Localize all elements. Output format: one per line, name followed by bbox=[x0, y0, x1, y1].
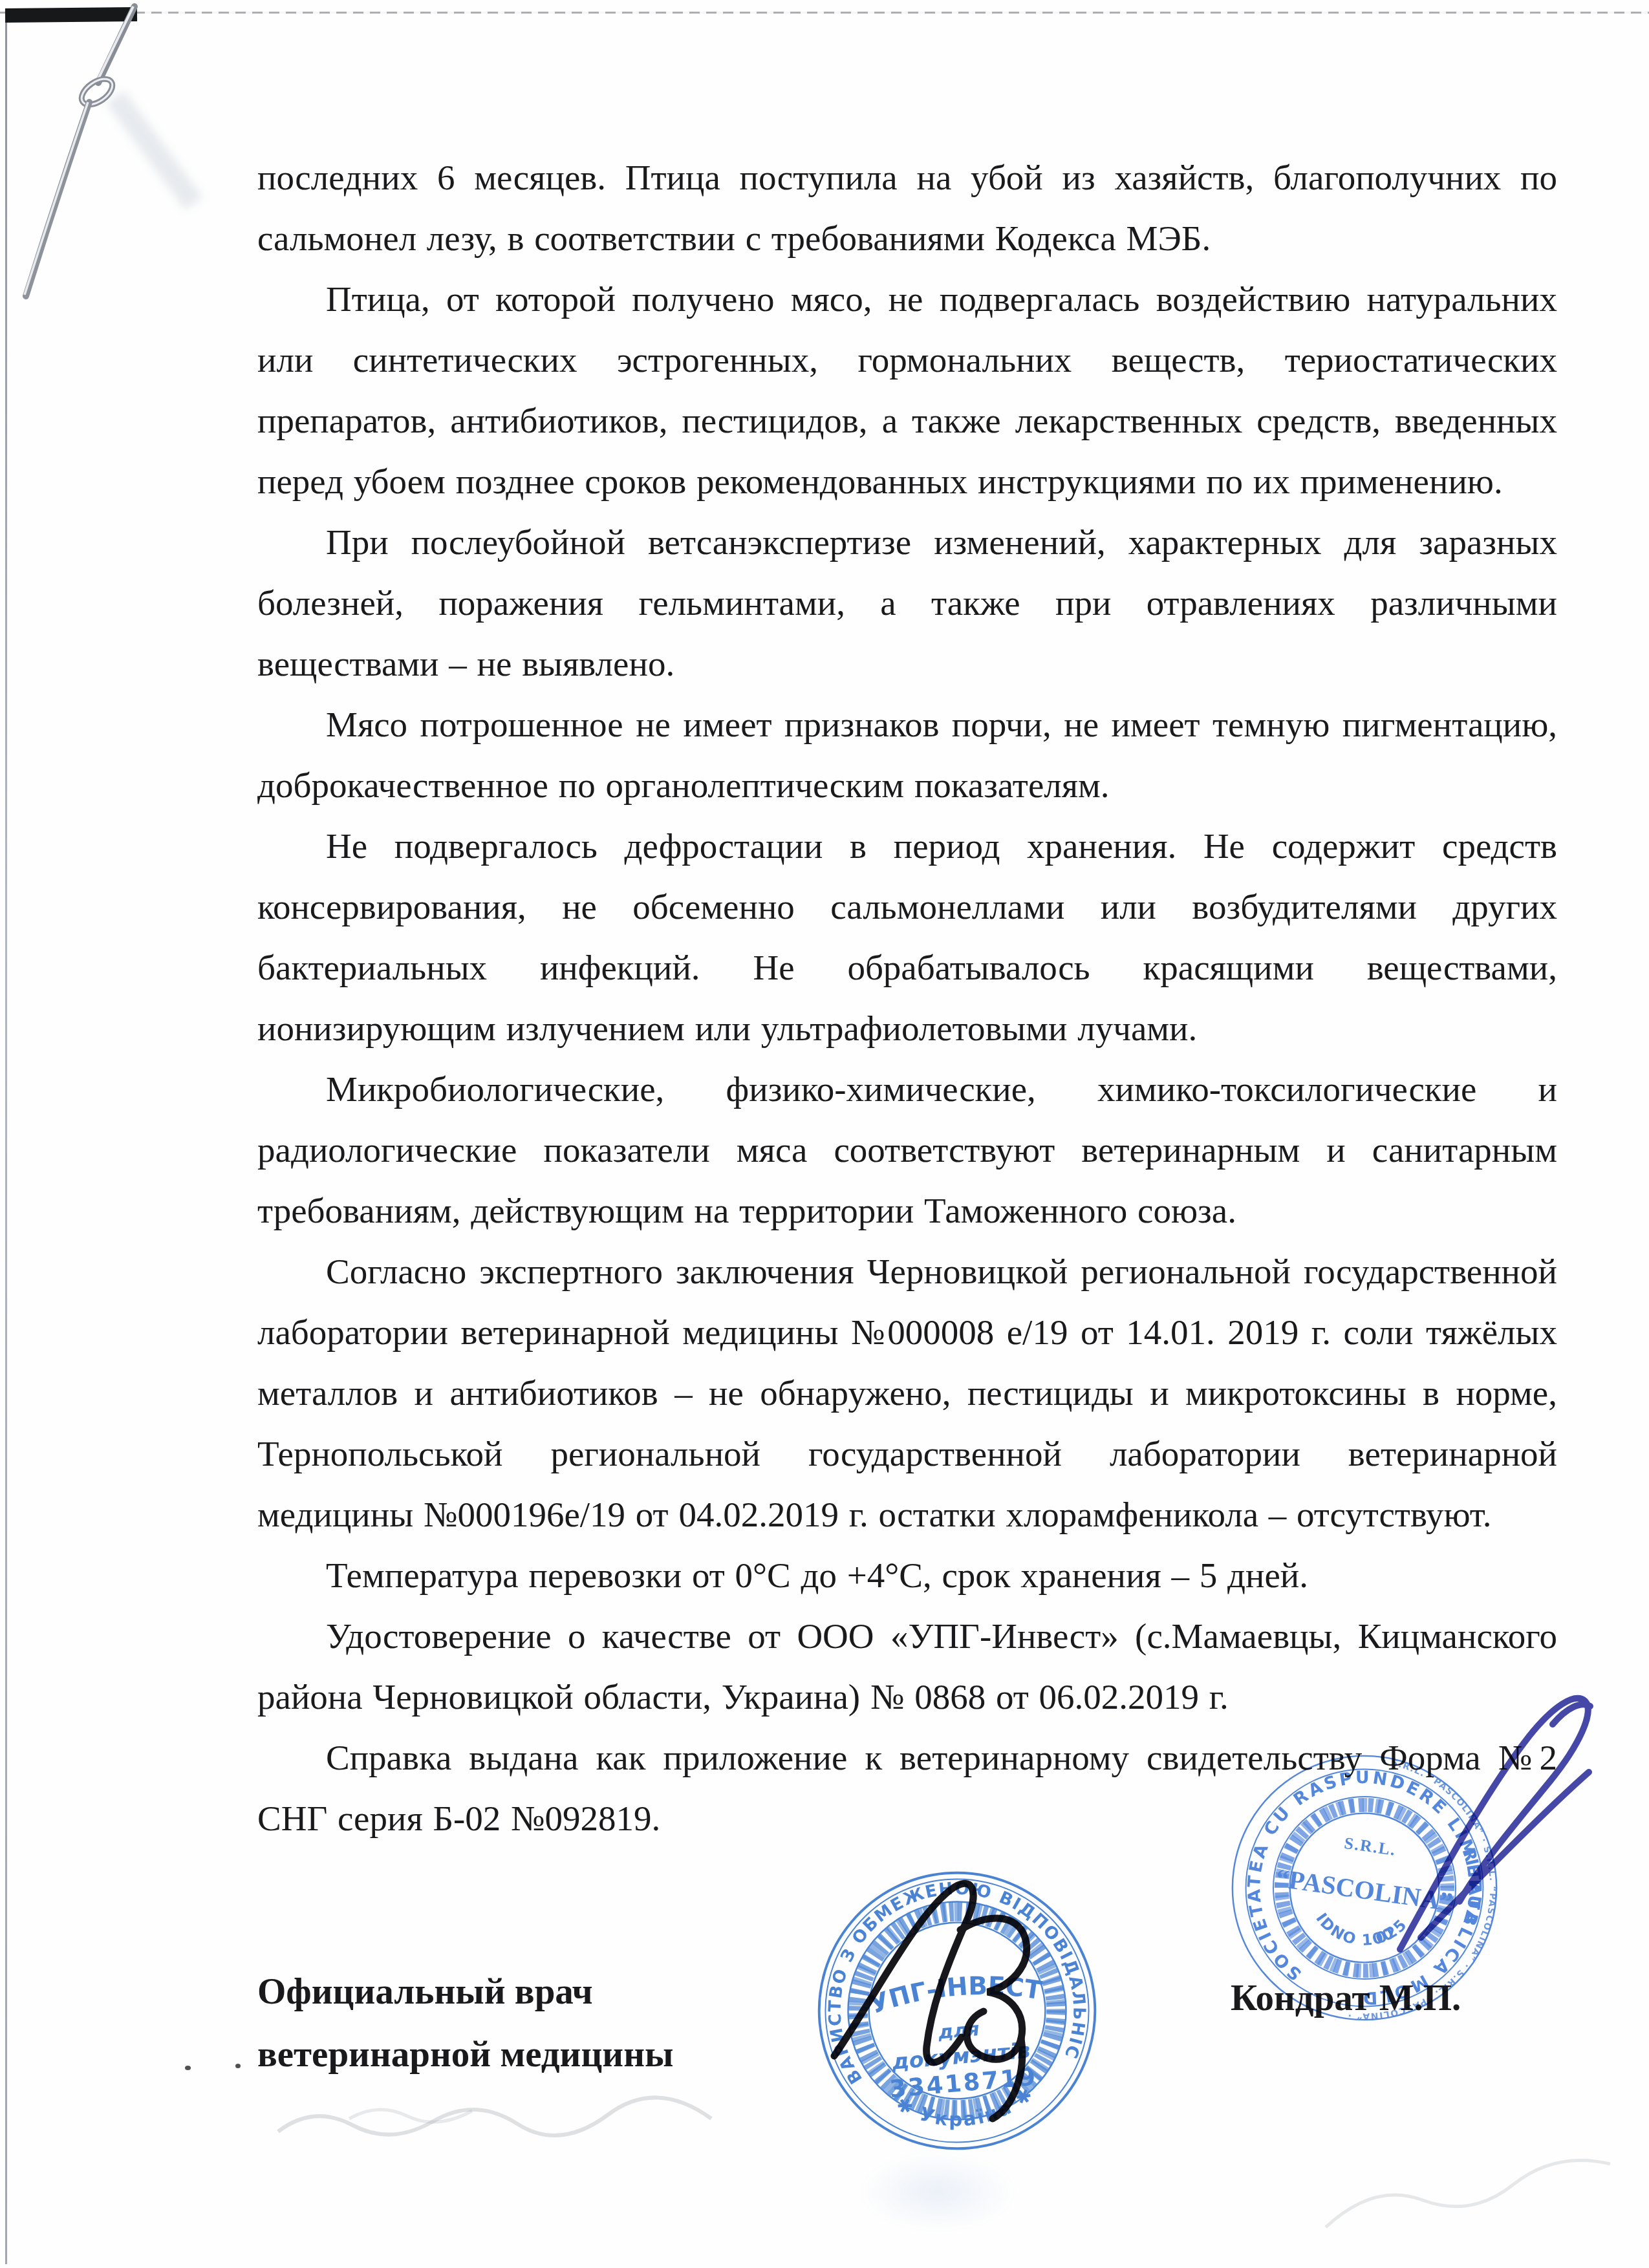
officer-title: Официальный врач ветеринарной медицины bbox=[257, 1973, 673, 2073]
scan-speck bbox=[185, 2066, 191, 2070]
officer-title-line2: ветеринарной медицины bbox=[257, 2036, 673, 2073]
paragraph: Микробиологические, физико-химические, х… bbox=[257, 1059, 1557, 1241]
scan-edge-left bbox=[5, 16, 7, 2264]
paperclip bbox=[0, 0, 220, 336]
scan-edge-top bbox=[0, 12, 1649, 14]
pencil-scribble bbox=[1313, 2146, 1623, 2243]
signature-kondrat bbox=[1193, 1645, 1607, 2007]
paragraph: Согласно экспертного заключения Черновиц… bbox=[257, 1241, 1557, 1545]
pencil-scribble bbox=[272, 2085, 724, 2156]
document-page: последних 6 месяцев. Птица поступила на … bbox=[0, 0, 1649, 2268]
ink-ghost bbox=[860, 2153, 1015, 2231]
scan-speck bbox=[235, 2064, 241, 2068]
paragraph: последних 6 месяцев. Птица поступила на … bbox=[257, 147, 1557, 269]
paragraph: Не подвергалось дефростации в период хра… bbox=[257, 816, 1557, 1059]
paperclip-shadow bbox=[115, 97, 194, 204]
paragraph: При послеубойной ветсанэкспертизе измене… bbox=[257, 512, 1557, 694]
signature-official-vet bbox=[799, 1833, 1122, 2156]
officer-title-line1: Официальный врач bbox=[257, 1973, 673, 2010]
paragraph: Мясо потрошенное не имеет признаков порч… bbox=[257, 694, 1557, 816]
paragraph: Температура перевозки от 0°С до +4°С, ср… bbox=[257, 1545, 1557, 1606]
paragraph: Птица, от которой получено мясо, не подв… bbox=[257, 269, 1557, 512]
document-body: последних 6 месяцев. Птица поступила на … bbox=[257, 147, 1557, 1849]
